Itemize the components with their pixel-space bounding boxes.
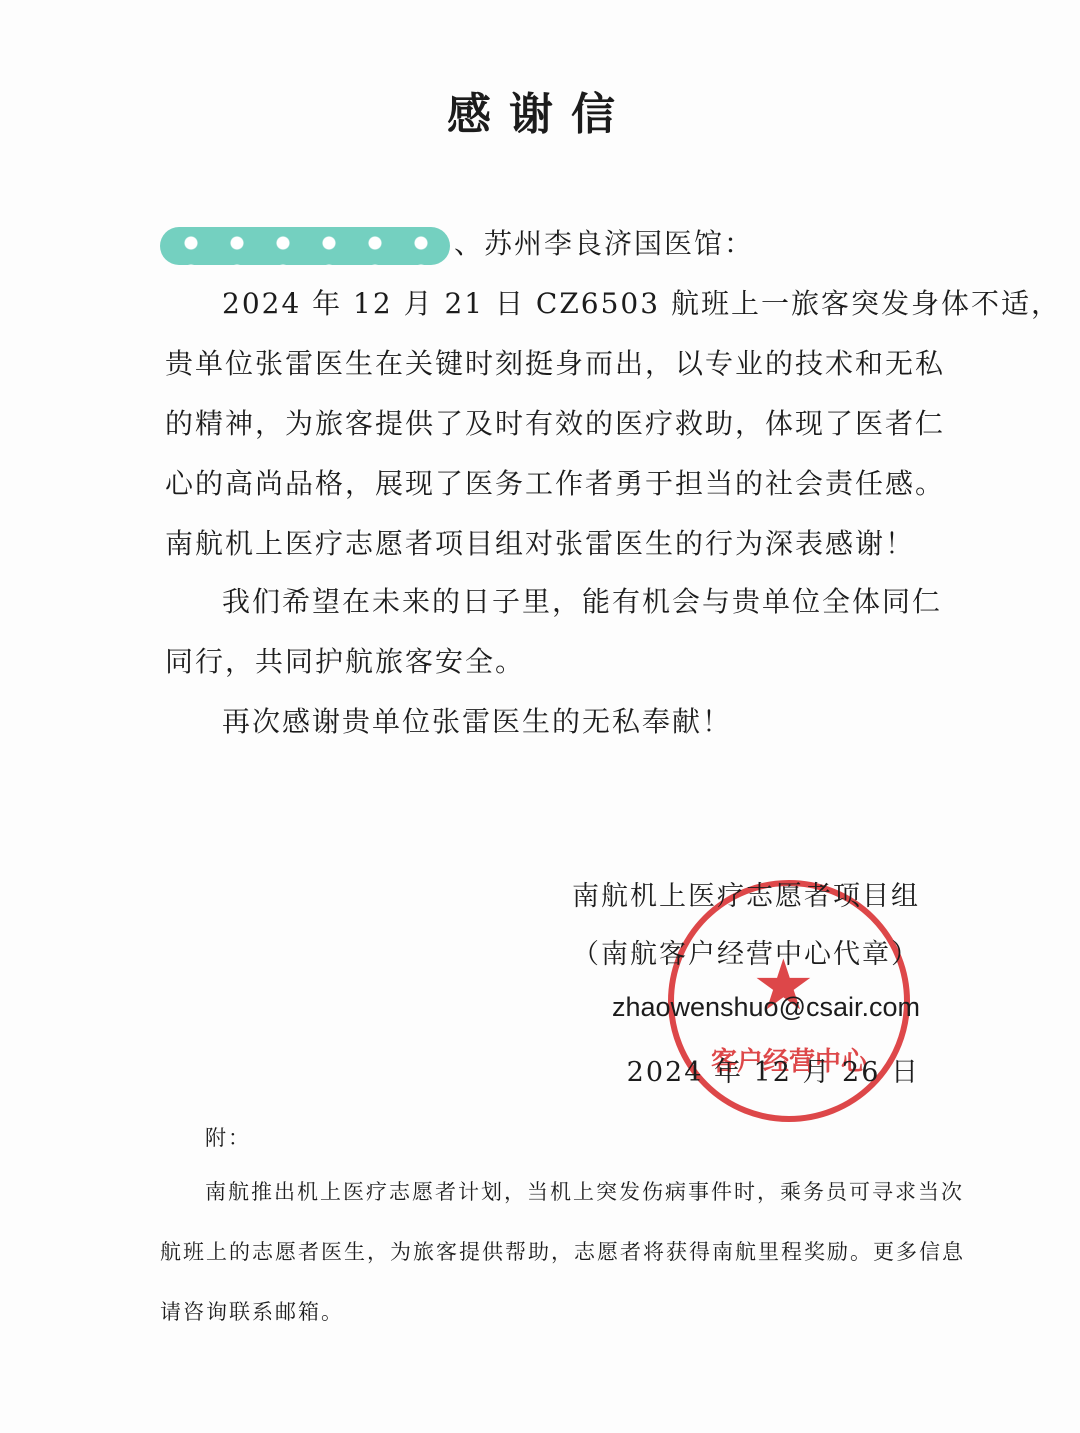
body-line: 南航机上医疗志愿者项目组对张雷医生的行为深表感谢！ [165,522,915,562]
signature-seal-note: （南航客户经营中心代章） [572,932,920,971]
salutation: 、苏州李良济国医馆： [160,222,754,265]
appendix-line: 航班上的志愿者医生，为旅客提供帮助，志愿者将获得南航里程奖励。更多信息 [160,1236,965,1266]
signature-date: 2024 年 12 月 26 日 [627,1050,920,1089]
body-line: 贵单位张雷医生在关键时刻挺身而出，以专业的技术和无私 [165,342,945,382]
signature-org: 南航机上医疗志愿者项目组 [572,874,920,913]
body-line: 同行，共同护航旅客安全。 [165,640,525,680]
body-line: 的精神，为旅客提供了及时有效的医疗救助，体现了医者仁 [165,402,945,442]
body-line: 再次感谢贵单位张雷医生的无私奉献！ [222,700,732,740]
body-line: 心的高尚品格，展现了医务工作者勇于担当的社会责任感。 [165,462,945,502]
body-line: 我们希望在未来的日子里，能有机会与贵单位全体同仁 [222,580,942,620]
redaction-mark [160,227,450,265]
appendix-line: 请咨询联系邮箱。 [160,1296,344,1326]
body-line: 2024 年 12 月 21 日 CZ6503 航班上一旅客突发身体不适， [222,282,1061,322]
signature-email: zhaowenshuo@csair.com [612,992,920,1023]
letter-title: 感谢信 [0,78,1080,142]
appendix-label: 附： [205,1122,251,1152]
appendix-line: 南航推出机上医疗志愿者计划，当机上突发伤病事件时，乘务员可寻求当次 [205,1176,964,1206]
